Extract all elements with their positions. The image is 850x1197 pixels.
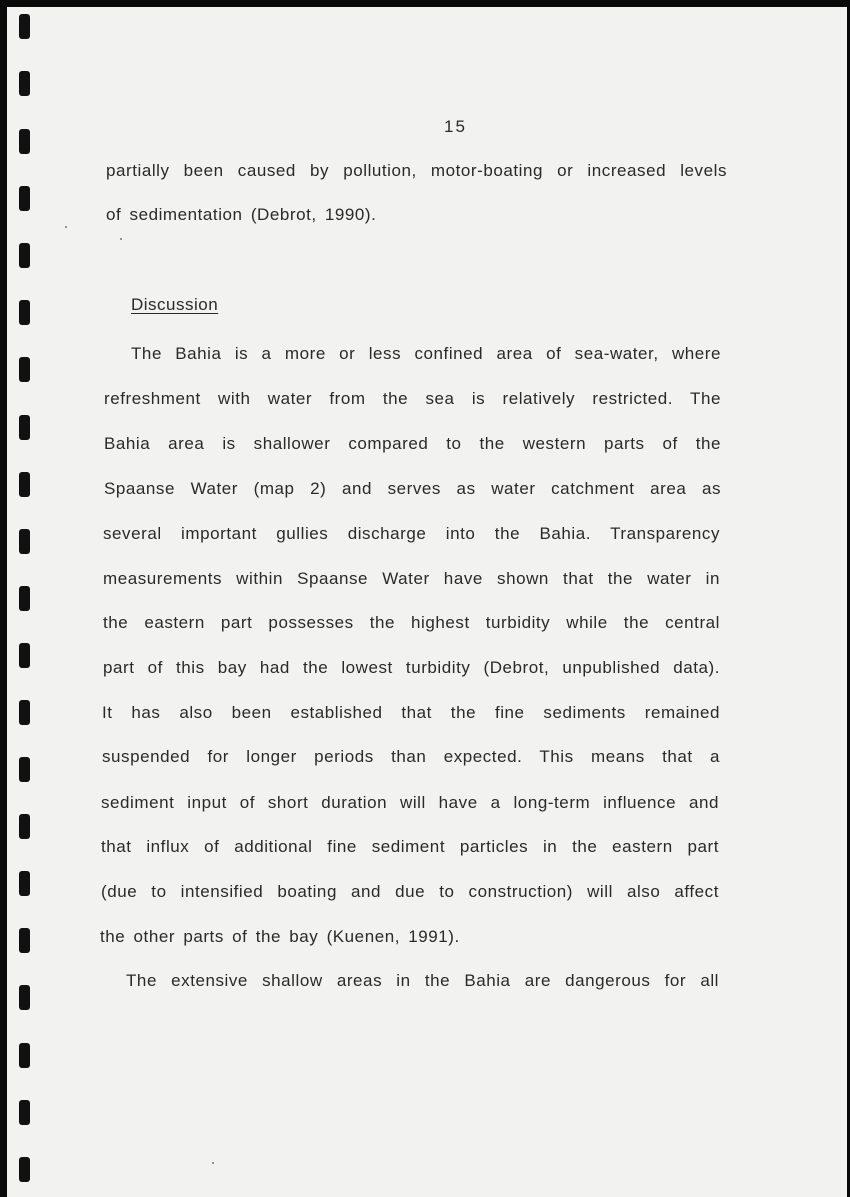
paragraph-line: refreshment with water from the sea is r… <box>104 389 721 409</box>
continuation-line: partially been caused by pollution, moto… <box>106 161 727 181</box>
binding-hole-icon <box>19 1157 30 1182</box>
scan-speck <box>65 226 67 228</box>
binding-hole-icon <box>19 300 30 325</box>
paragraph-line: (due to intensified boating and due to c… <box>101 882 719 902</box>
document-page <box>7 7 847 1197</box>
binding-hole-icon <box>19 415 30 440</box>
binding-hole-icon <box>19 586 30 611</box>
scan-speck <box>120 238 122 240</box>
paragraph-line: Spaanse Water (map 2) and serves as wate… <box>104 479 721 499</box>
binding-hole-icon <box>19 529 30 554</box>
binding-hole-icon <box>19 700 30 725</box>
paragraph-line: Bahia area is shallower compared to the … <box>104 434 721 454</box>
binding-hole-icon <box>19 928 30 953</box>
paragraph-line: measurements within Spaanse Water have s… <box>103 569 720 589</box>
binding-hole-icon <box>19 1043 30 1068</box>
binding-hole-icon <box>19 71 30 96</box>
binding-hole-icon <box>19 757 30 782</box>
paragraph-line: part of this bay had the lowest turbidit… <box>103 658 720 678</box>
binding-hole-icon <box>19 643 30 668</box>
binding-hole-icon <box>19 1100 30 1125</box>
binding-hole-icon <box>19 357 30 382</box>
paragraph-line: It has also been established that the fi… <box>102 703 720 723</box>
binding-hole-icon <box>19 186 30 211</box>
binding-hole-icon <box>19 14 30 39</box>
section-heading: Discussion <box>131 295 218 315</box>
paragraph-line: The Bahia is a more or less confined are… <box>131 344 721 364</box>
paragraph-line: The extensive shallow areas in the Bahia… <box>126 971 719 991</box>
binding-hole-icon <box>19 871 30 896</box>
paragraph-line: several important gullies discharge into… <box>103 524 720 544</box>
continuation-line: of sedimentation (Debrot, 1990). <box>106 205 376 225</box>
paragraph-line: suspended for longer periods than expect… <box>102 747 720 767</box>
binding-hole-icon <box>19 985 30 1010</box>
paragraph-line: that influx of additional fine sediment … <box>101 837 719 857</box>
binding-hole-icon <box>19 472 30 497</box>
paragraph-line: the eastern part possesses the highest t… <box>103 613 720 633</box>
binding-hole-icon <box>19 243 30 268</box>
paragraph-line: the other parts of the bay (Kuenen, 1991… <box>100 927 460 947</box>
paragraph-line: sediment input of short duration will ha… <box>101 793 719 813</box>
scan-speck <box>212 1162 214 1164</box>
binding-hole-icon <box>19 129 30 154</box>
binding-hole-icon <box>19 814 30 839</box>
page-number: 15 <box>444 117 467 137</box>
binding-holes <box>19 0 35 1197</box>
